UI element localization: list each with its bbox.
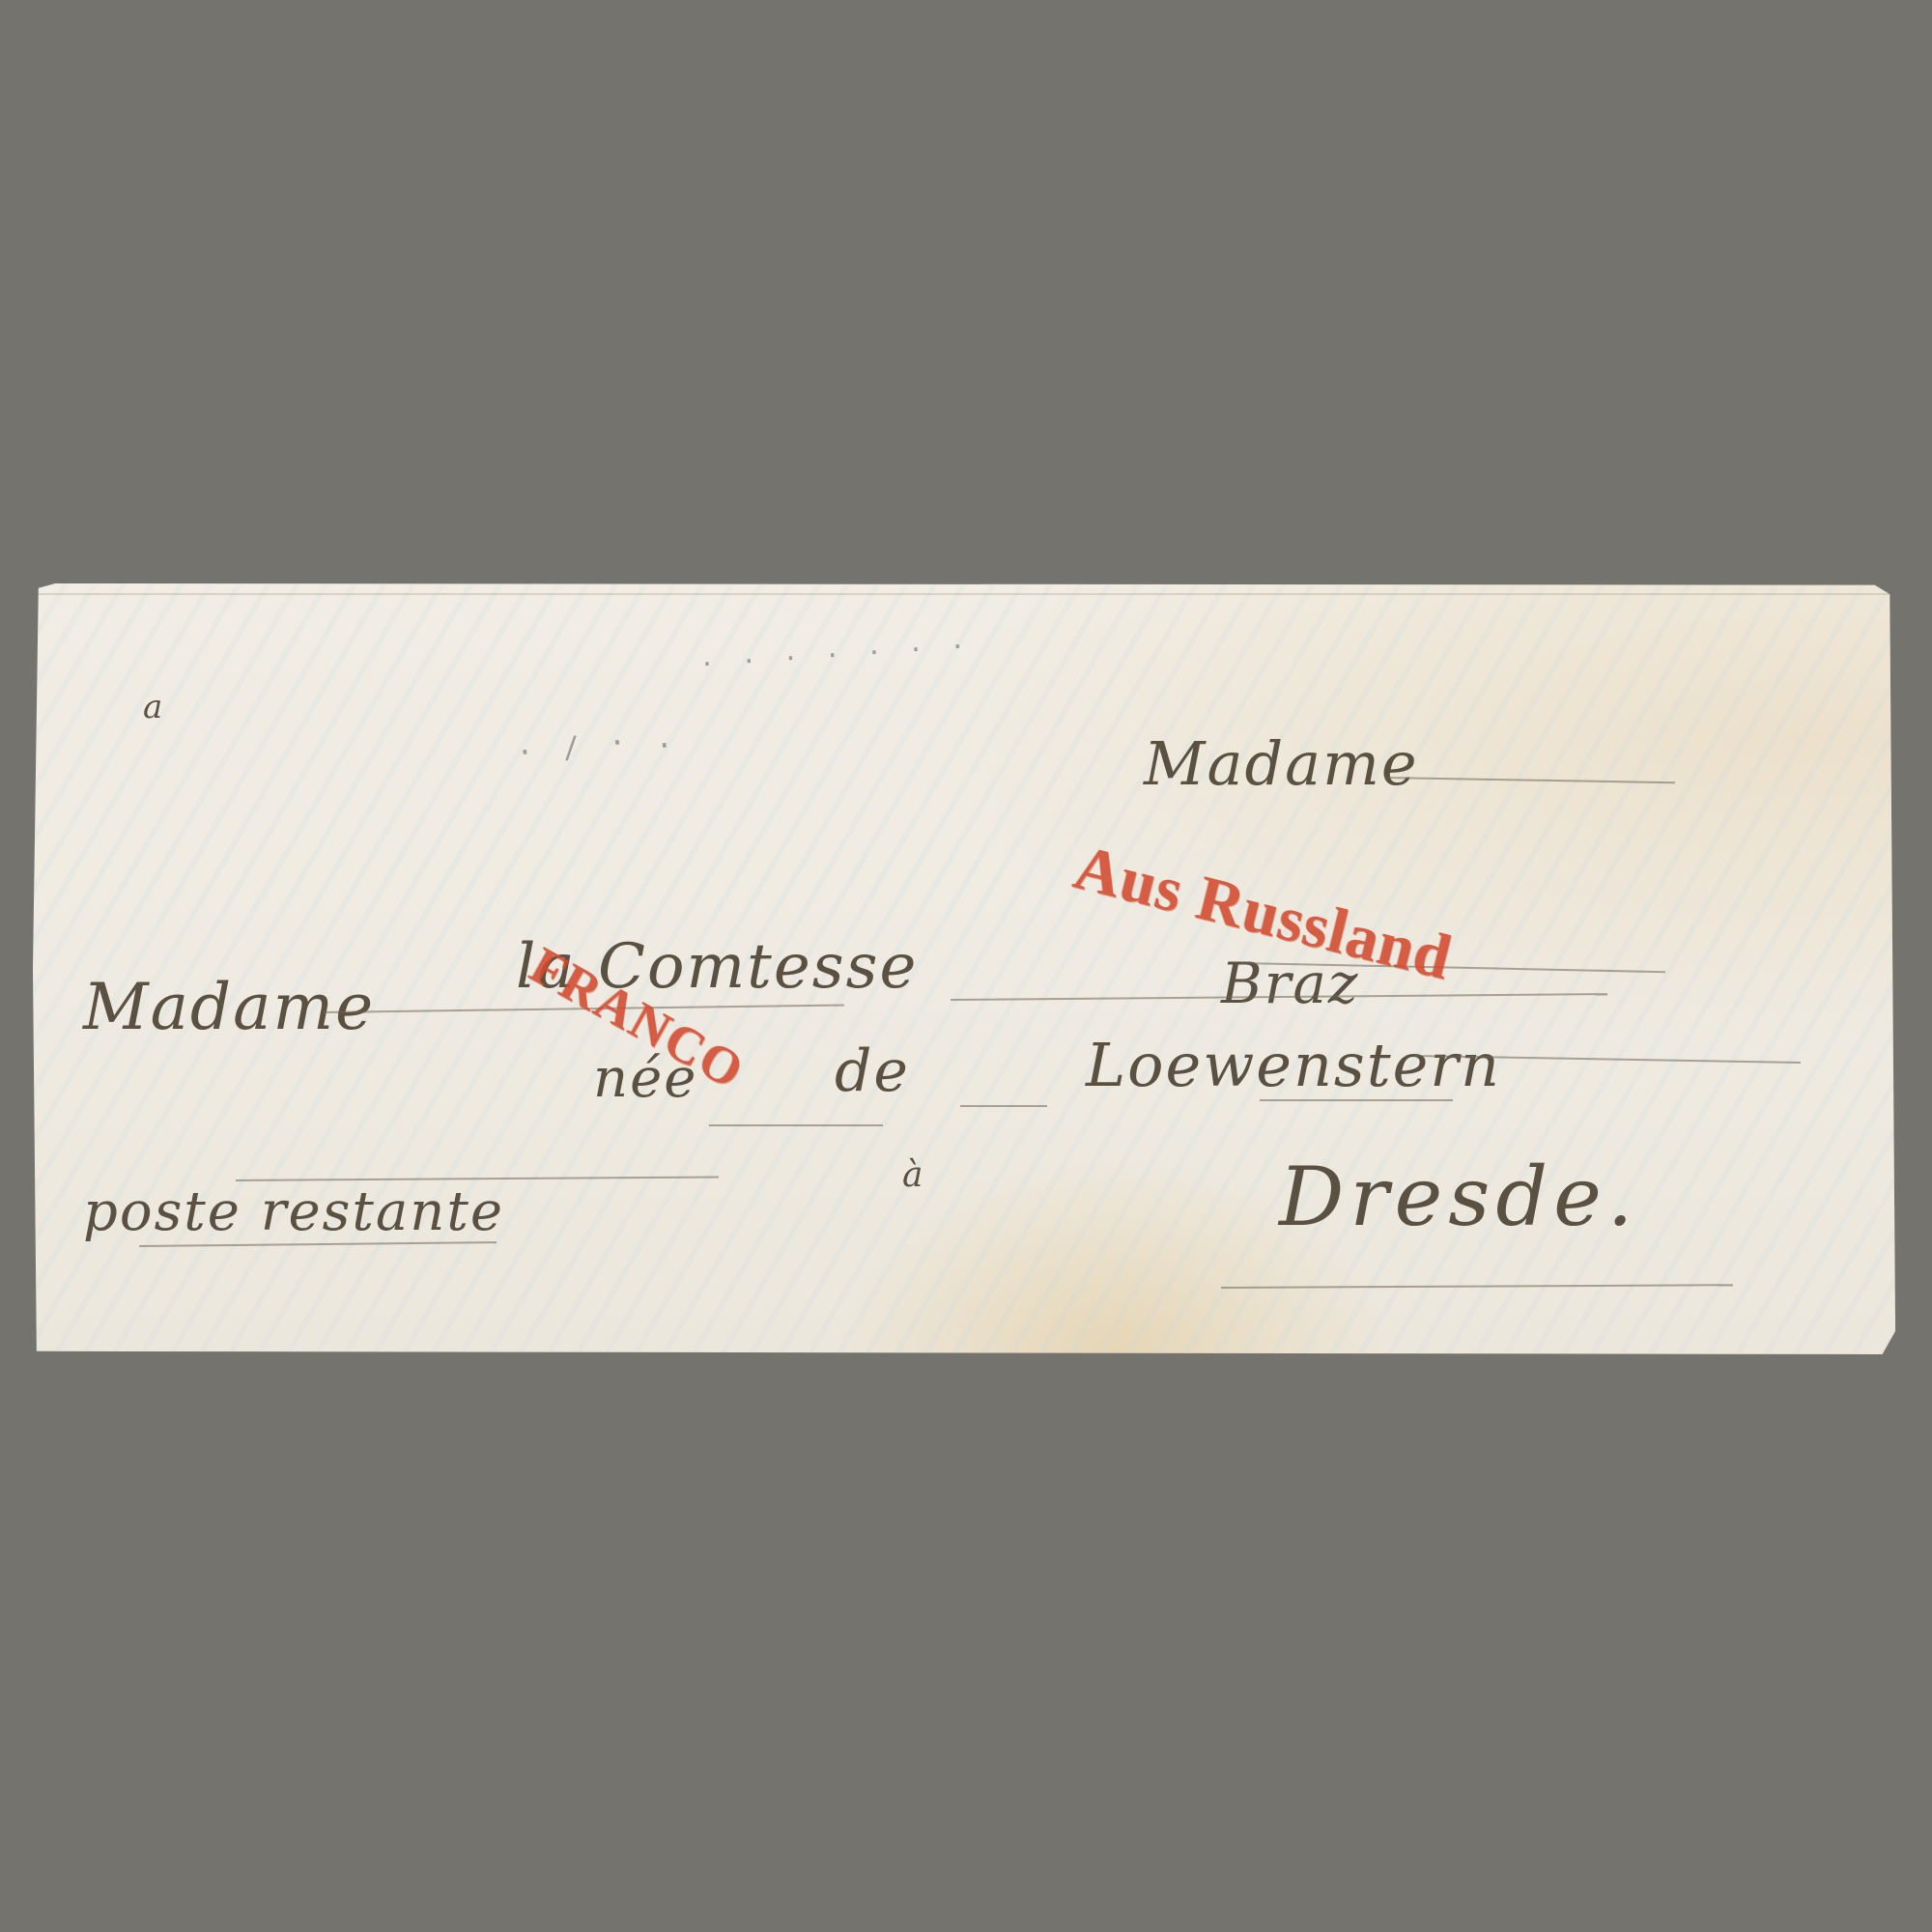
envelope-flap-edge — [33, 593, 1897, 595]
handwritten-dresde: Dresde. — [1279, 1150, 1639, 1244]
faint-cancellation-mark: · · · · · · · — [698, 632, 972, 680]
handwritten-loewenstern: Loewenstern — [1086, 1030, 1501, 1100]
envelope: · · · · · · · · / · . a Madame Madame la… — [33, 583, 1897, 1354]
underline-nee — [709, 1124, 883, 1126]
handwritten-de: de — [835, 1037, 910, 1105]
underline-loewenstern — [1260, 1099, 1453, 1101]
handwritten-corner-a: a — [143, 688, 164, 726]
underline-dresde — [1221, 1284, 1733, 1289]
underline-de — [960, 1105, 1047, 1107]
handwritten-poste-restante: poste restante — [83, 1180, 504, 1243]
underline-madame-top — [1385, 777, 1675, 783]
handwritten-madame-top: Madame — [1144, 728, 1419, 799]
handwritten-madame: Madame — [83, 970, 375, 1044]
faint-postmark-trace: · / · . — [515, 720, 680, 770]
handwritten-a: à — [902, 1155, 924, 1195]
